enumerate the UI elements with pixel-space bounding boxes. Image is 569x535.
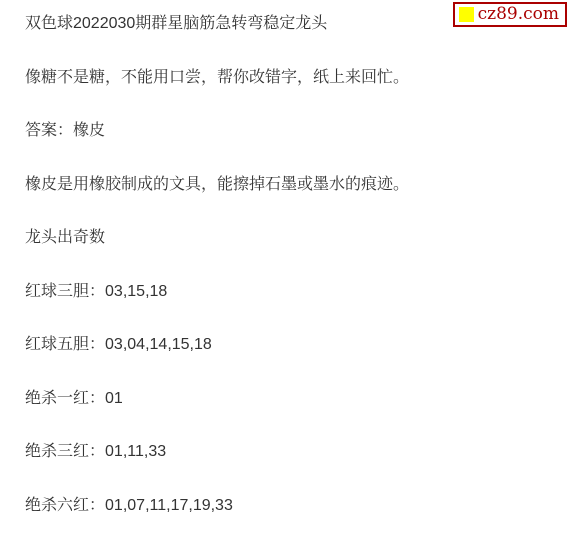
site-logo[interactable]: cz89.com: [453, 2, 567, 27]
prediction-value: 01: [105, 390, 123, 407]
prediction-value: 01,07,11,17,19,33: [105, 497, 233, 514]
prediction-label: 绝杀三红: [25, 443, 89, 460]
prediction-label: 绝杀六红: [25, 497, 89, 514]
answer-label: 答案: [25, 122, 57, 139]
explanation-text: 橡皮是用橡胶制成的文具，能擦掉石墨或墨水的痕迹。: [25, 176, 549, 193]
prediction-colon: ：: [89, 443, 105, 460]
prediction-line-red5: 红球五胆：03,04,14,15,18: [25, 336, 549, 353]
article-body: 双色球2022030期群星脑筋急转弯稳定龙头 像糖不是糖，不能用口尝，帮你改错字…: [0, 0, 569, 514]
logo-square-icon: [459, 7, 474, 22]
prediction-value: 03,04,14,15,18: [105, 336, 212, 353]
logo-text: cz89.com: [478, 6, 559, 23]
answer-colon: ：: [57, 122, 73, 139]
prediction-value: 01,11,33: [105, 443, 166, 460]
prediction-line-kill1: 绝杀一红：01: [25, 390, 549, 407]
answer-line: 答案：橡皮: [25, 122, 549, 139]
prediction-colon: ：: [89, 390, 105, 407]
prediction-line-kill6: 绝杀六红：01,07,11,17,19,33: [25, 497, 549, 514]
prediction-line-kill3: 绝杀三红：01,11,33: [25, 443, 549, 460]
section-heading: 龙头出奇数: [25, 229, 549, 246]
prediction-colon: ：: [89, 283, 105, 300]
page: cz89.com 双色球2022030期群星脑筋急转弯稳定龙头 像糖不是糖，不能…: [0, 0, 569, 535]
prediction-value: 03,15,18: [105, 283, 167, 300]
prediction-line-red3: 红球三胆：03,15,18: [25, 283, 549, 300]
prediction-label: 绝杀一红: [25, 390, 89, 407]
riddle-text: 像糖不是糖，不能用口尝，帮你改错字，纸上来回忙。: [25, 69, 549, 86]
prediction-colon: ：: [89, 336, 105, 353]
prediction-label: 红球三胆: [25, 283, 89, 300]
prediction-colon: ：: [89, 497, 105, 514]
prediction-label: 红球五胆: [25, 336, 89, 353]
answer-value: 橡皮: [73, 122, 105, 139]
